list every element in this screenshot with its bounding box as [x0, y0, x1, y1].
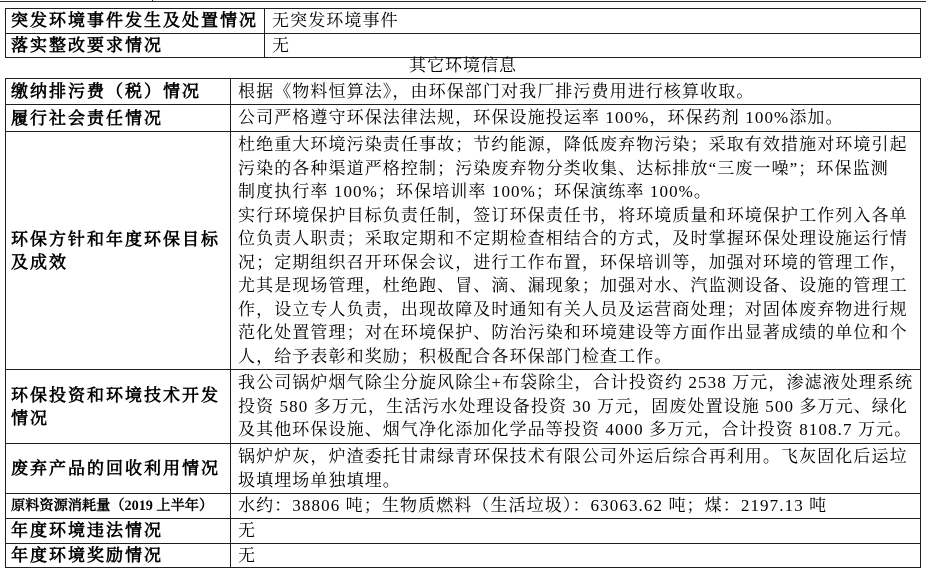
row-label: 年度环境违法情况	[6, 519, 231, 544]
section-title: 其它环境信息	[0, 55, 926, 77]
row-value: 杜绝重大环境污染责任事故；节约能源，降低废弃物污染；采取有效措施对环境引起 污染…	[231, 132, 921, 370]
table-row: 原料资源消耗量（2019 上半年） 水约：38806 吨；生物质燃料（生活垃圾）…	[6, 494, 921, 519]
row-value: 无	[231, 519, 921, 544]
row-label: 缴纳排污费（税）情况	[6, 79, 231, 105]
cropped-column-divider	[152, 0, 153, 2]
row-label: 环保方针和年度环保目标及成效	[6, 132, 231, 370]
row-label: 环保投资和环境技术开发情况	[6, 370, 231, 444]
table-row: 年度环境奖励情况 无	[6, 543, 921, 568]
row-value: 无突发环境事件	[265, 9, 921, 34]
table-row: 落实整改要求情况 无	[6, 33, 921, 58]
row-label: 履行社会责任情况	[6, 105, 231, 132]
table-row: 废弃产品的回收利用情况 锅炉炉灰，炉渣委托甘肃绿青环保技术有限公司外运后综合再利…	[6, 444, 921, 494]
row-value: 锅炉炉灰，炉渣委托甘肃绿青环保技术有限公司外运后综合再利用。飞灰固化后运垃 圾填…	[231, 444, 921, 494]
row-value: 无	[231, 543, 921, 568]
table-row: 环保投资和环境技术开发情况 我公司锅炉烟气除尘分旋风除尘+布袋除尘，合计投资约 …	[6, 370, 921, 444]
table-row: 突发环境事件发生及处置情况 无突发环境事件	[6, 9, 921, 34]
document-page: 突发环境事件发生及处置情况 无突发环境事件 落实整改要求情况 无 其它环境信息 …	[0, 0, 926, 582]
table-row: 年度环境违法情况 无	[6, 519, 921, 544]
other-environment-info-table: 缴纳排污费（税）情况 根据《物料恒算法》，由环保部门对我厂排污费用进行核算收取。…	[5, 78, 921, 568]
row-value: 水约：38806 吨；生物质燃料（生活垃圾）：63063.62 吨；煤：2197…	[231, 494, 921, 519]
row-value: 我公司锅炉烟气除尘分旋风除尘+布袋除尘，合计投资约 2538 万元，渗滤液处理系…	[231, 370, 921, 444]
row-label: 突发环境事件发生及处置情况	[6, 9, 265, 34]
row-value: 无	[265, 33, 921, 58]
table-row: 履行社会责任情况 公司严格遵守环保法律法规，环保设施投运率 100%，环保药剂 …	[6, 105, 921, 132]
row-label: 废弃产品的回收利用情况	[6, 444, 231, 494]
table-row: 缴纳排污费（税）情况 根据《物料恒算法》，由环保部门对我厂排污费用进行核算收取。	[6, 79, 921, 105]
cropped-table-edge	[0, 1, 926, 2]
row-label: 原料资源消耗量（2019 上半年）	[6, 494, 231, 519]
row-value: 公司严格遵守环保法律法规，环保设施投运率 100%，环保药剂 100%添加。	[231, 105, 921, 132]
table-row: 环保方针和年度环保目标及成效 杜绝重大环境污染责任事故；节约能源，降低废弃物污染…	[6, 132, 921, 370]
incident-response-table: 突发环境事件发生及处置情况 无突发环境事件 落实整改要求情况 无	[5, 8, 921, 58]
row-label: 落实整改要求情况	[6, 33, 265, 58]
row-label: 年度环境奖励情况	[6, 543, 231, 568]
row-value: 根据《物料恒算法》，由环保部门对我厂排污费用进行核算收取。	[231, 79, 921, 105]
